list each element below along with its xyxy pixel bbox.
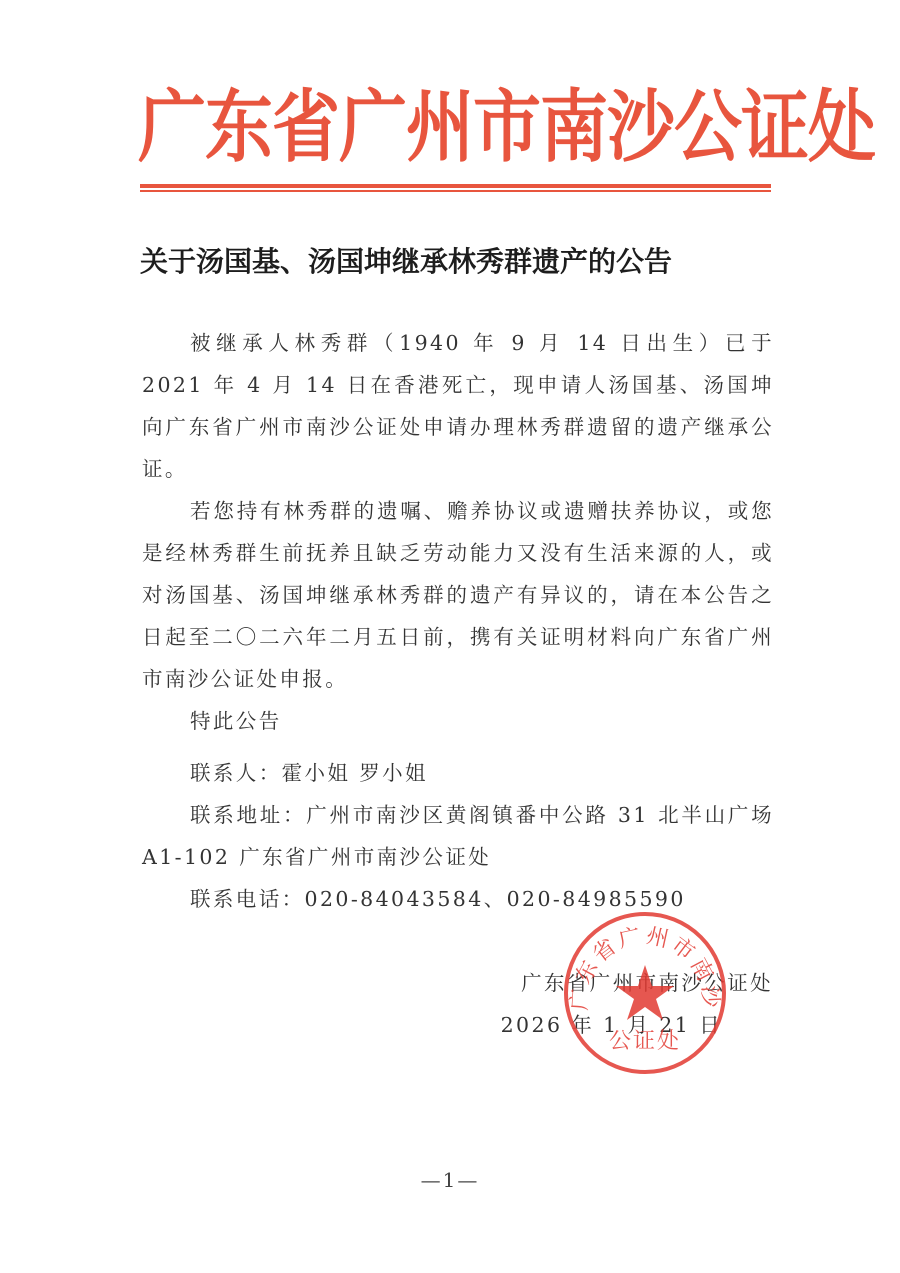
signature-issuer: 广东省广州市南沙公证处: [521, 962, 773, 1004]
contact-block: 联系人：霍小姐 罗小姐 联系地址：广州市南沙区黄阁镇番中公路 31 北半山广场 …: [142, 752, 774, 920]
signature-date: 2026 年 1 月 21 日: [501, 1004, 722, 1046]
masthead-divider-thin: [140, 190, 771, 192]
contact-address: 联系地址：广州市南沙区黄阁镇番中公路 31 北半山广场 A1-102 广东省广州…: [142, 794, 774, 878]
paragraph-objection-notice: 若您持有林秀群的遗嘱、赡养协议或遗赠扶养协议，或您是经林秀群生前抚养且缺乏劳动能…: [142, 490, 774, 700]
page-number: —1—: [0, 1168, 900, 1192]
document-body: 被继承人林秀群（1940 年 9 月 14 日出生）已于 2021 年 4 月 …: [142, 322, 774, 742]
contact-phone: 联系电话：020-84043584、020-84985590: [142, 878, 774, 920]
paragraph-decedent-info: 被继承人林秀群（1940 年 9 月 14 日出生）已于 2021 年 4 月 …: [142, 322, 774, 490]
document-title: 关于汤国基、汤国坤继承林秀群遗产的公告: [140, 240, 780, 284]
masthead-organization: 广东省广州市南沙公证处: [138, 76, 778, 180]
masthead-divider-thick: [140, 184, 771, 188]
paragraph-closing: 特此公告: [142, 700, 774, 742]
contact-person: 联系人：霍小姐 罗小姐: [142, 752, 774, 794]
